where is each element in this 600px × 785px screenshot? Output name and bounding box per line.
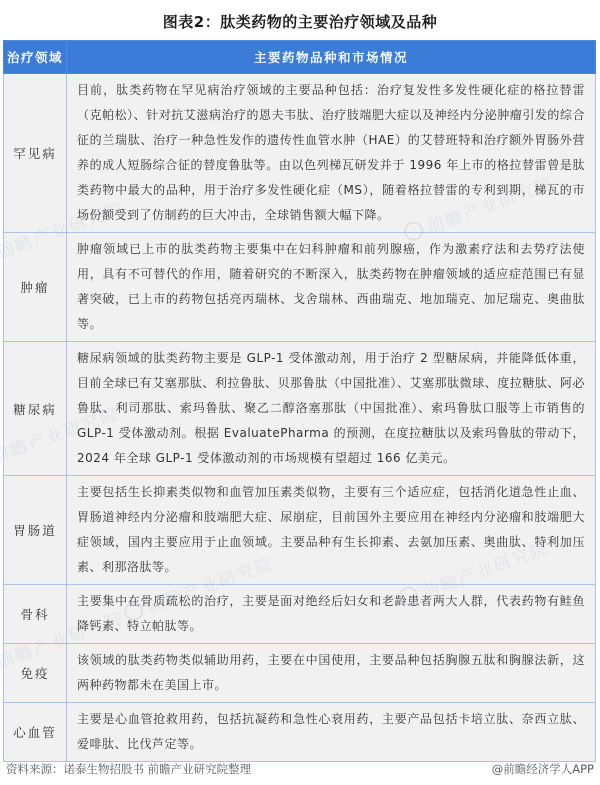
table-header-row: 治疗领域 主要药物品种和市场情况	[4, 41, 596, 74]
detail-cell: 主要集中在骨质疏松的治疗，主要是面对绝经后妇女和老龄患者两大人群，代表药物有鲑鱼…	[67, 585, 596, 644]
header-cell-market: 主要药物品种和市场情况	[67, 41, 596, 74]
area-cell: 免疫	[4, 644, 67, 703]
detail-cell: 糖尿病领域的肽类药物主要是 GLP-1 受体激动剂，用于治疗 2 型糖尿病，并能…	[67, 342, 596, 476]
table-row: 免疫 该领域的肽类药物类似辅助用药，主要在中国使用，主要品种包括胸腺五肽和胸腺法…	[4, 644, 596, 703]
area-cell: 肿瘤	[4, 233, 67, 342]
therapy-table: 治疗领域 主要药物品种和市场情况 罕见病 目前，肽类药物在罕见病治疗领域的主要品…	[3, 40, 596, 762]
area-cell: 骨科	[4, 585, 67, 644]
table-row: 骨科 主要集中在骨质疏松的治疗，主要是面对绝经后妇女和老龄患者两大人群，代表药物…	[4, 585, 596, 644]
table-row: 糖尿病 糖尿病领域的肽类药物主要是 GLP-1 受体激动剂，用于治疗 2 型糖尿…	[4, 342, 596, 476]
detail-cell: 主要包括生长抑素类似物和血管加压素类似物，主要有三个适应症，包括消化道急性止血、…	[67, 476, 596, 585]
detail-cell: 肿瘤领域已上市的肽类药物主要集中在妇科肿瘤和前列腺癌，作为激素疗法和去势疗法使用…	[67, 233, 596, 342]
source-note: 资料来源：诺泰生物招股书 前瞻产业研究院整理	[6, 761, 251, 777]
page-title: 图表2：肽类药物的主要治疗领域及品种	[0, 0, 600, 32]
report-page: 前瞻产业研究院 前瞻产业研究院 前瞻产业研究院 前瞻产业研究院 前瞻产业研究院 …	[0, 0, 600, 785]
area-cell: 胃肠道	[4, 476, 67, 585]
area-cell: 罕见病	[4, 74, 67, 233]
header-cell-area: 治疗领域	[4, 41, 67, 74]
detail-cell: 目前，肽类药物在罕见病治疗领域的主要品种包括：治疗复发性多发性硬化症的格拉替雷（…	[67, 74, 596, 233]
area-cell: 心血管	[4, 703, 67, 762]
detail-cell: 该领域的肽类药物类似辅助用药，主要在中国使用，主要品种包括胸腺五肽和胸腺法新，这…	[67, 644, 596, 703]
area-cell: 糖尿病	[4, 342, 67, 476]
table-row: 罕见病 目前，肽类药物在罕见病治疗领域的主要品种包括：治疗复发性多发性硬化症的格…	[4, 74, 596, 233]
table-row: 肿瘤 肿瘤领域已上市的肽类药物主要集中在妇科肿瘤和前列腺癌，作为激素疗法和去势疗…	[4, 233, 596, 342]
credit-note: @前瞻经济学人APP	[492, 761, 594, 777]
table-row: 胃肠道 主要包括生长抑素类似物和血管加压素类似物，主要有三个适应症，包括消化道急…	[4, 476, 596, 585]
footer: 资料来源：诺泰生物招股书 前瞻产业研究院整理 @前瞻经济学人APP	[6, 761, 594, 777]
table-row: 心血管 主要是心血管抢救用药，包括抗凝药和急性心衰用药，主要产品包括卡培立肽、奈…	[4, 703, 596, 762]
detail-cell: 主要是心血管抢救用药，包括抗凝药和急性心衰用药，主要产品包括卡培立肽、奈西立肽、…	[67, 703, 596, 762]
